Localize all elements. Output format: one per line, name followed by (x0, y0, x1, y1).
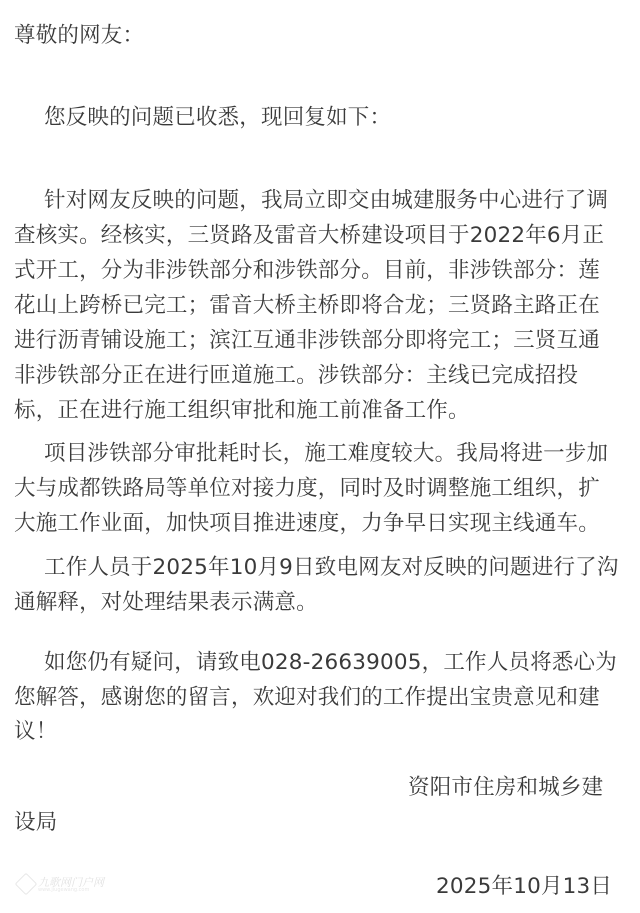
greeting: 尊敬的网友： (14, 18, 144, 53)
watermark-logo: 九歌网门户网 www.jiugewang.com (18, 874, 98, 896)
paragraph-line: 项目涉铁部分审批耗时长，施工难度较大。我局将进一步加 (44, 436, 608, 471)
paragraph-line: 通解释，对处理结果表示满意。 (14, 585, 318, 620)
paragraph-line: 进行沥青铺设施工；滨江互通非涉铁部分即将完工；三贤互通 (14, 323, 600, 358)
letter-date: 2025年10月13日 (436, 869, 612, 904)
paragraph-line: 查核实。经核实，三贤路及雷音大桥建设项目于2022年6月正 (14, 218, 604, 253)
signature-line-1: 资阳市住房和城乡建 (408, 770, 603, 805)
paragraph-line: 针对网友反映的问题，我局立即交由城建服务中心进行了调 (44, 183, 608, 218)
paragraph-line: 工作人员于2025年10月9日致电网友对反映的问题进行了沟 (44, 550, 619, 585)
paragraph-line: 大与成都铁路局等单位对接力度，同时及时调整施工组织，扩 (14, 471, 600, 506)
paragraph-line: 如您仍有疑问，请致电028-26639005，工作人员将悉心为 (44, 645, 617, 680)
paragraph-line: 花山上跨桥已完工；雷音大桥主桥即将合龙；三贤路主路正在 (14, 288, 600, 323)
intro-line: 您反映的问题已收悉，现回复如下： (44, 100, 391, 135)
signature-line-2: 设局 (14, 805, 57, 840)
paragraph-line: 式开工，分为非涉铁部分和涉铁部分。目前，非涉铁部分：莲 (14, 253, 600, 288)
paragraph-line: 大施工作业面，加快项目推进速度，力争早日实现主线通车。 (14, 506, 600, 541)
paragraph-line: 您解答，感谢您的留言，欢迎对我们的工作提出宝贵意见和建 (14, 680, 600, 715)
watermark-url: www.jiugewang.com (38, 887, 89, 893)
paragraph-line: 标，正在进行施工组织审批和施工前准备工作。 (14, 393, 470, 428)
paragraph-line: 议！ (14, 714, 57, 749)
paragraph-line: 非涉铁部分正在进行匝道施工。涉铁部分：主线已完成招投 (14, 358, 578, 393)
watermark-diamond-icon (15, 873, 38, 896)
